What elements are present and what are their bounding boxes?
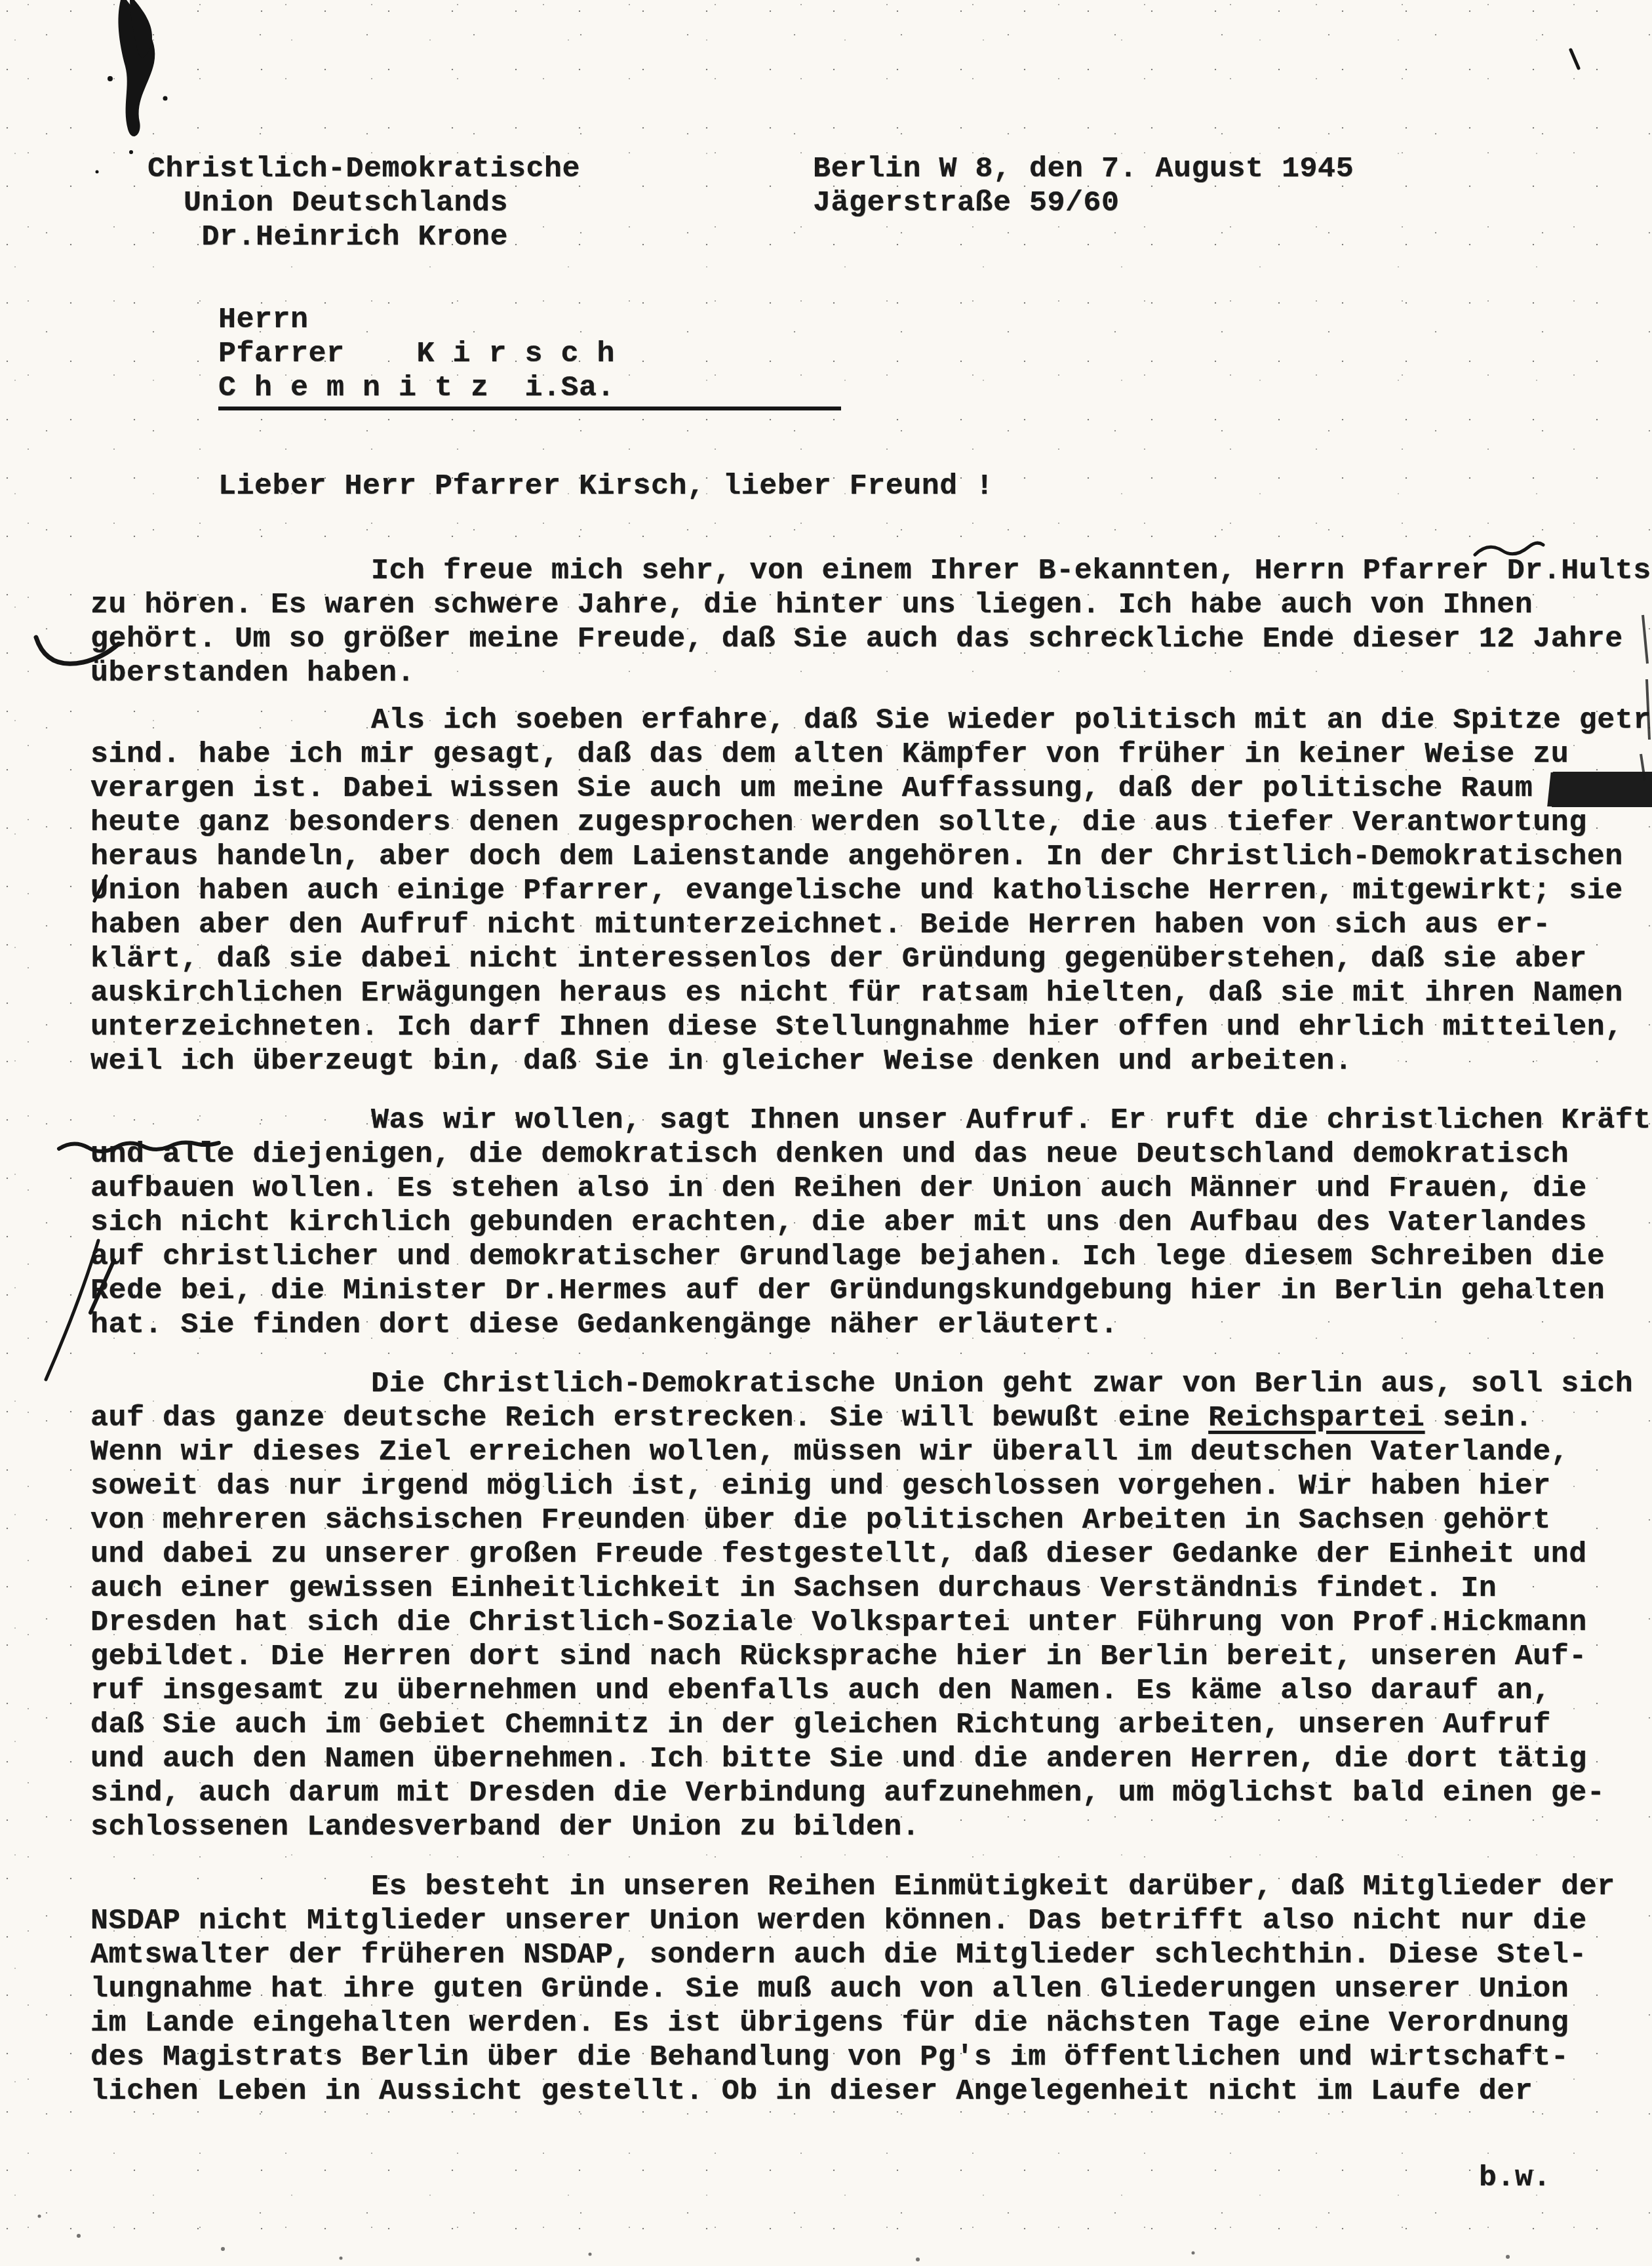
recipient-block: Herrn Pfarrer K i r s c h C h e m n i t … (218, 303, 841, 410)
scan-edge-noise (1641, 615, 1649, 780)
paragraph-4: Die Christlich-Demokratische Union geht … (90, 1367, 1638, 1844)
scan-edge-noise (38, 2215, 1510, 2262)
paragraph-5: Es besteht in unseren Reihen Einmütigkei… (90, 1870, 1638, 2109)
salutation: Lieber Herr Pfarrer Kirsch, lieber Freun… (218, 469, 994, 504)
letterhead-sender: Christlich-Demokratische Union Deutschla… (147, 152, 580, 254)
paragraph-2: Als ich soeben erfahre, daß Sie wieder p… (90, 704, 1638, 1079)
struck-out-word: und (1549, 772, 1652, 806)
recipient-name-lines: Herrn Pfarrer K i r s c h (218, 303, 615, 370)
paragraph-4-text-b: sein. Wenn wir dieses Ziel erreichen wol… (90, 1401, 1605, 1844)
paragraph-2-text-b: heute ganz besonders denen zugesprochen … (90, 806, 1623, 1078)
underlined-word-reichspartei: Reichspartei (1208, 1401, 1425, 1435)
paragraph-1: Ich freue mich sehr, von einem Ihrer B-e… (90, 554, 1638, 690)
paragraph-2-text-a: Als ich soeben erfahre, daß Sie wieder p… (90, 704, 1652, 805)
recipient-city-underlined: C h e m n i t z i.Sa. (218, 371, 841, 410)
letterhead-date-address: Berlin W 8, den 7. August 1945 Jägerstra… (813, 152, 1354, 220)
handwritten-mark (1571, 50, 1579, 68)
ink-blot (96, 0, 168, 174)
handwritten-mark (1475, 543, 1543, 555)
turn-page-note: b.w. (1479, 2161, 1551, 2195)
paragraph-3: Was wir wollen, sagt Ihnen unser Aufruf.… (90, 1103, 1638, 1342)
letter-page: { "letter": { "letterhead": { "sender": … (0, 0, 1652, 2266)
